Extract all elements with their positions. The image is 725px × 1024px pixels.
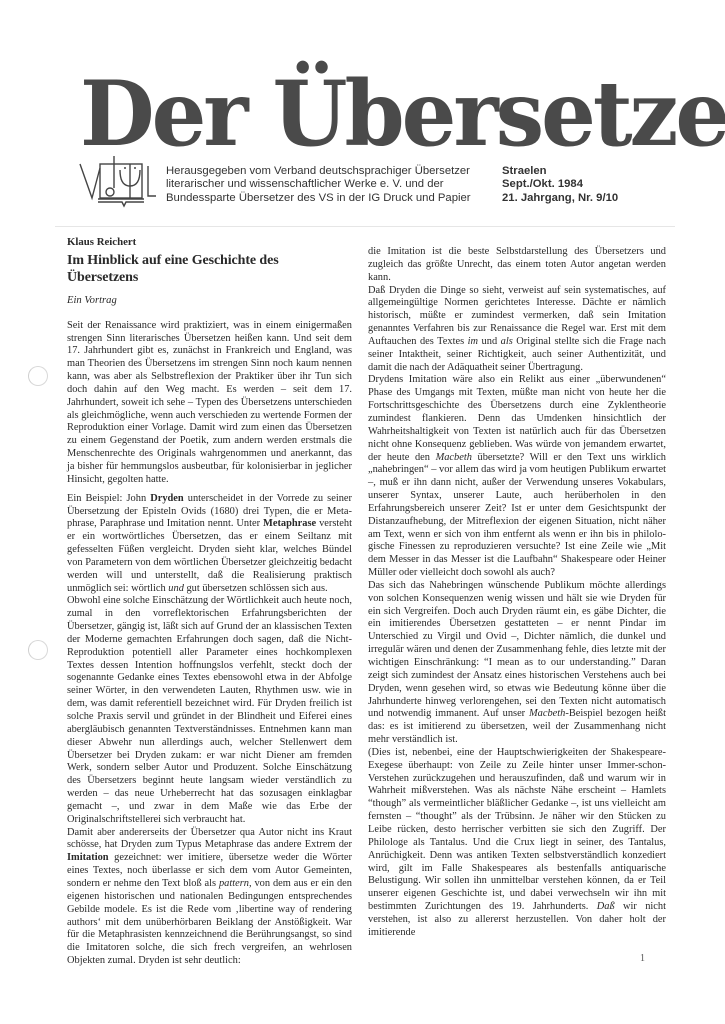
text-run: über­setzte? Will er den Text uns wirkli… bbox=[368, 452, 666, 579]
paragraph: Damit aber andererseits der Übersetzer q… bbox=[67, 827, 352, 968]
italic-term: und bbox=[168, 583, 184, 594]
article-author: Klaus Reichert bbox=[67, 236, 352, 249]
issue-place: Straelen bbox=[502, 165, 682, 178]
italic-term: pattern, bbox=[219, 878, 252, 889]
masthead-divider bbox=[55, 226, 675, 227]
italic-term: Macbeth bbox=[436, 452, 472, 463]
issue-info: Straelen Sept./Okt. 1984 21. Jahrgang, N… bbox=[502, 165, 682, 205]
vdu-logo-icon bbox=[78, 152, 168, 212]
page-number: 1 bbox=[640, 953, 645, 964]
bold-term: Dryden bbox=[150, 493, 183, 504]
bold-term: Metaphrase bbox=[263, 518, 316, 529]
text-run: von dem aus er ein den eigenen historisc… bbox=[67, 878, 352, 966]
punch-hole-bottom bbox=[28, 640, 48, 660]
italic-term: Daß bbox=[597, 901, 615, 912]
issue-volume: 21. Jahrgang, Nr. 9/10 bbox=[502, 192, 682, 205]
publisher-line: Bundessparte Übersetzer des VS in der IG… bbox=[166, 192, 496, 205]
issue-date: Sept./Okt. 1984 bbox=[502, 178, 682, 191]
paragraph: Das sich das Nahebringen wünschende Publ… bbox=[368, 580, 666, 747]
text-run: gut übersetzen schlössen sich aus. bbox=[184, 583, 328, 594]
paragraph: Daß Dryden die Dinge so sieht, verweist … bbox=[368, 285, 666, 375]
punch-hole-top bbox=[28, 366, 48, 386]
italic-term: als bbox=[501, 336, 513, 347]
article-headline: Im Hinblick auf eine Geschichte des Über… bbox=[67, 252, 352, 286]
text-run: und bbox=[478, 336, 501, 347]
text-run: Das sich das Nahebringen wünschende Publ… bbox=[368, 580, 666, 719]
italic-term: Macbeth bbox=[529, 708, 565, 719]
paragraph: die Imitation ist die beste Selbstdarste… bbox=[368, 246, 666, 285]
paragraph: (Dies ist, nebenbei, eine der Hauptschwi… bbox=[368, 747, 666, 940]
paragraph: Obwohl eine solche Einschätzung der Wört… bbox=[67, 595, 352, 826]
paragraph: Seit der Renaissance wird praktiziert, w… bbox=[67, 320, 352, 487]
publisher-line: literarischer und wissenschaftlicher Wer… bbox=[166, 178, 496, 191]
article-column-left: Klaus Reichert Im Hinblick auf eine Gesc… bbox=[67, 236, 352, 968]
italic-term: im bbox=[468, 336, 478, 347]
bold-term: Imitation bbox=[67, 852, 109, 863]
article-column-right: die Imitation ist die beste Selbstdarste… bbox=[368, 246, 666, 940]
text-run: Damit aber andererseits der Übersetzer q… bbox=[67, 827, 352, 851]
text-run: Drydens Imitation wäre also ein Relikt a… bbox=[368, 374, 666, 462]
paragraph: Ein Beispiel: John Dryden unterscheidet … bbox=[67, 493, 352, 596]
publisher-line: Herausgegeben vom Verband deutschsprachi… bbox=[166, 165, 496, 178]
text-run: (Dies ist, nebenbei, eine der Hauptschwi… bbox=[368, 747, 666, 912]
publisher-info: Herausgegeben vom Verband deutschsprachi… bbox=[166, 165, 496, 205]
article-subtitle: Ein Vortrag bbox=[67, 295, 352, 308]
paragraph: Drydens Imitation wäre also ein Relikt a… bbox=[368, 374, 666, 580]
text-run: Ein Beispiel: John bbox=[67, 493, 150, 504]
